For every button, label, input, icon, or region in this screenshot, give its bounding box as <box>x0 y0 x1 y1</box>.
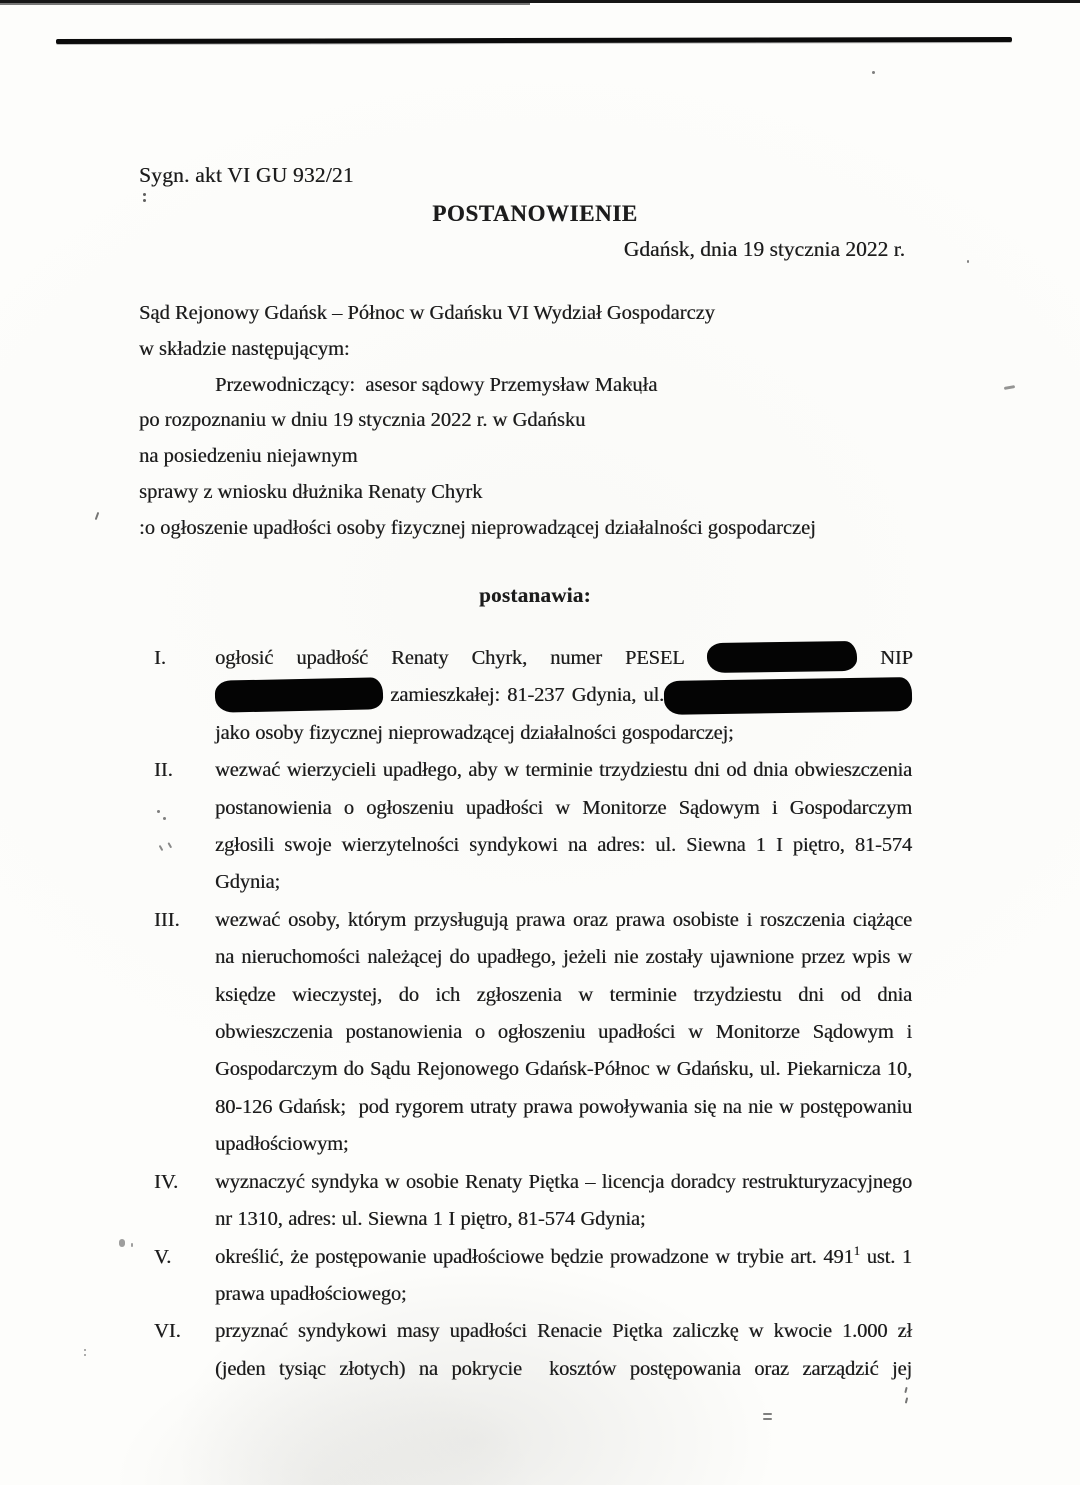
decree-item: II.wezwać wierzycieli upadłego, aby w te… <box>154 752 912 902</box>
scan-speck <box>119 1239 125 1247</box>
court-preamble: Sąd Rejonowy Gdańsk – Północ w Gdańsku V… <box>139 296 939 547</box>
top-horizontal-rule <box>56 37 1012 44</box>
preamble-line: po rozpoznaniu w dniu 19 stycznia 2022 r… <box>139 403 939 439</box>
decree-item-text: wezwać wierzycieli upadłego, aby w termi… <box>215 752 912 902</box>
decree-item-number: I. <box>154 640 215 677</box>
scan-speck <box>157 810 160 813</box>
scan-speck <box>95 512 100 520</box>
scan-speck <box>872 71 875 74</box>
decree-item: IV.wyznaczyć syndyka w osobie Renaty Pię… <box>154 1164 912 1239</box>
nip-redaction <box>215 678 384 714</box>
preamble-line: w składzie następującym: <box>139 332 939 368</box>
address-redaction <box>664 677 913 715</box>
scanned-court-order-page: Sygn. akt VI GU 932/21 POSTANOWIENIE Gda… <box>0 0 1080 1485</box>
decree-item: I.ogłosić upadłość Renaty Chyrk, numer P… <box>154 640 912 752</box>
decree-item-text: wezwać osoby, którym przysługują prawa o… <box>215 902 912 1164</box>
decree-item: III.wezwać osoby, którym przysługują pra… <box>154 902 912 1164</box>
scan-speck <box>967 260 969 263</box>
scan-speck <box>763 1413 772 1415</box>
scan-edge-line-secondary <box>0 3 530 5</box>
place-and-date-line: Gdańsk, dnia 19 stycznia 2022 r. <box>624 237 905 262</box>
decree-item-number: V. <box>154 1239 215 1276</box>
document-title: POSTANOWIENIE <box>140 201 930 227</box>
preamble-line: sprawy z wniosku dłużnika Renaty Chyrk <box>139 475 939 511</box>
decree-item-text: ogłosić upadłość Renaty Chyrk, numer PES… <box>215 640 912 752</box>
scan-speck <box>904 1387 907 1393</box>
decree-list: I.ogłosić upadłość Renaty Chyrk, numer P… <box>154 640 912 1388</box>
decision-heading: postanawia: <box>140 583 930 608</box>
decree-item-text: przyznać syndykowi masy upadłości Renaci… <box>215 1313 912 1388</box>
preamble-line: Przewodniczący: asesor sądowy Przemysław… <box>139 368 939 404</box>
preamble-line: :o ogłoszenie upadłości osoby fizycznej … <box>139 511 939 547</box>
case-number: Sygn. akt VI GU 932/21 <box>139 163 354 188</box>
preamble-line: Sąd Rejonowy Gdańsk – Północ w Gdańsku V… <box>139 296 939 332</box>
pesel-redaction <box>707 641 857 673</box>
decree-item-text: wyznaczyć syndyka w osobie Renaty Piętka… <box>215 1164 912 1239</box>
decree-item-number: IV. <box>154 1164 215 1201</box>
scan-speck <box>1004 385 1015 390</box>
decree-item-text: określić, że postępowanie upadłościowe b… <box>215 1239 912 1314</box>
decree-item-number: III. <box>154 902 215 939</box>
scan-speck <box>630 383 632 386</box>
decree-item-number: VI. <box>154 1313 215 1350</box>
decree-item: VI.przyznać syndykowi masy upadłości Ren… <box>154 1313 912 1388</box>
decree-item: V.określić, że postępowanie upadłościowe… <box>154 1239 912 1314</box>
scan-speck <box>143 193 146 196</box>
superscript: 1 <box>854 1243 860 1258</box>
preamble-line: na posiedzeniu niejawnym <box>139 439 939 475</box>
decree-item-number: II. <box>154 752 215 789</box>
scan-speck <box>84 1349 86 1351</box>
